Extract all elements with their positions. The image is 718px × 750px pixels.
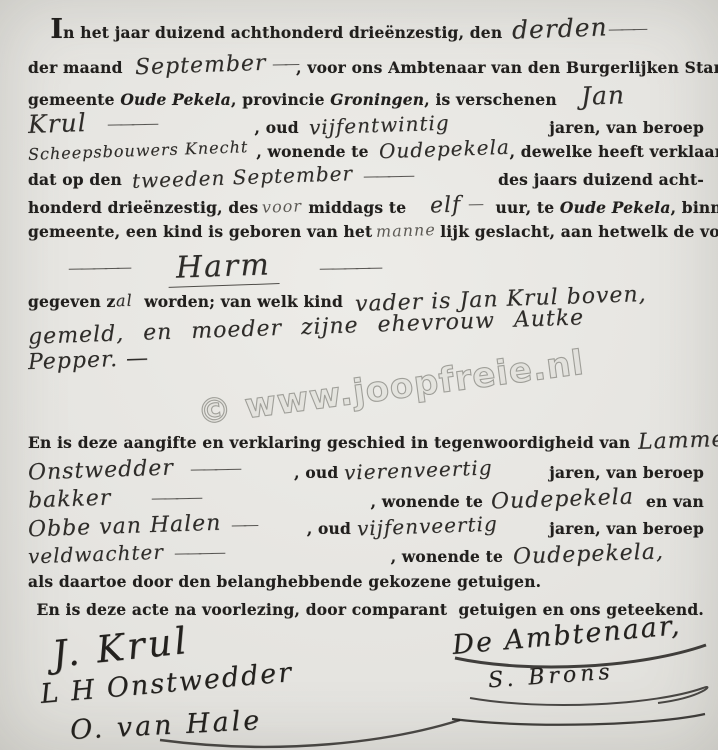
act-line-16: Obbe van Halen —— , oud vijfenveertig ja… bbox=[28, 515, 704, 543]
printed-text: jaren, van beroep bbox=[549, 463, 704, 482]
printed-text: , dewelke heeft verklaard, bbox=[510, 142, 718, 161]
printed-text: lijk geslacht, aan hetwelk de voorna bbox=[440, 222, 718, 241]
printed-text: der maand bbox=[28, 58, 123, 77]
flourish-dash: ———— bbox=[363, 166, 411, 186]
handwritten-daypart: voor bbox=[262, 196, 303, 216]
flourish-dash: — bbox=[467, 194, 479, 213]
act-line-8: gemeente, een kind is geboren van het ma… bbox=[28, 222, 704, 250]
printed-text: , is verschenen bbox=[424, 90, 557, 109]
act-line-1: In het jaar duizend achthonderd drieënze… bbox=[28, 14, 704, 54]
flourish-stroke bbox=[452, 714, 705, 725]
printed-province-italic: Groningen bbox=[325, 90, 425, 109]
printed-text: uur, te bbox=[496, 198, 555, 217]
handwritten-day: derden bbox=[512, 12, 609, 44]
printed-text: middags te bbox=[308, 198, 406, 217]
flourish-dash: ———— bbox=[174, 543, 222, 563]
handwritten-witness1-surname: Onstwedder bbox=[28, 455, 175, 485]
printed-text: gegeven z bbox=[28, 292, 116, 311]
act-line-17: veldwachter ———— , wonende te Oudepekela… bbox=[28, 543, 704, 572]
printed-text: En is deze aangifte en verklaring geschi… bbox=[28, 433, 630, 452]
act-line-3: gemeente Oude Pekela, provincie Groninge… bbox=[28, 82, 704, 110]
printed-text: des jaars duizend acht- bbox=[498, 170, 704, 189]
printed-text: jaren, van beroep bbox=[549, 118, 704, 137]
act-text: In het jaar duizend achthonderd drieënze… bbox=[0, 0, 718, 627]
printed-text: , voor ons Ambtenaar van den Burgerlijke… bbox=[296, 58, 718, 77]
printed-text: , wonende te bbox=[391, 547, 503, 566]
printed-text: gemeente bbox=[28, 90, 115, 109]
printed-text: gemeente, een kind is geboren van het bbox=[28, 222, 372, 241]
handwritten-witness1-firstname: Lammert bbox=[638, 426, 718, 455]
act-line-4: Krul ———— , oud vijfentwintig jaren, van… bbox=[28, 110, 704, 138]
handwritten-residence: Oudepekela bbox=[378, 135, 510, 164]
blank-space bbox=[28, 379, 704, 429]
act-line-15: bakker ———— , wonende te Oudepekela en v… bbox=[28, 488, 704, 515]
act-line-9: ————— Harm ————— bbox=[28, 250, 704, 288]
handwritten-witness2-occupation: veldwachter bbox=[28, 540, 165, 569]
act-line-13: En is deze aangifte en verklaring geschi… bbox=[28, 429, 704, 459]
flourish-dash: ———— bbox=[151, 488, 199, 508]
flourish-dash: ————— bbox=[68, 257, 128, 277]
handwritten-age: vijfentwintig bbox=[308, 111, 449, 140]
printed-text: en van bbox=[646, 492, 704, 511]
flourish-dash: ———— bbox=[107, 114, 155, 134]
printed-text: , binnen deze bbox=[671, 198, 718, 217]
printed-text: worden; van welk kind bbox=[144, 292, 343, 311]
flourish-dash: ———— bbox=[190, 459, 238, 479]
act-line-5: Scheepsbouwers Knecht , wonende te Oudep… bbox=[28, 138, 704, 166]
printed-text: , provincie bbox=[231, 90, 325, 109]
handwritten-witness2-name: Obbe van Halen bbox=[28, 511, 222, 543]
handwritten-hour: elf bbox=[430, 192, 462, 218]
handwritten-month: September bbox=[134, 51, 266, 81]
printed-place-italic: Oude Pekela bbox=[115, 90, 231, 109]
printed-text: jaren, van beroep bbox=[549, 519, 704, 538]
handwritten-occupation: Scheepsbouwers Knecht bbox=[28, 137, 249, 164]
act-line-18: als daartoe door den belanghebbende geko… bbox=[28, 572, 704, 600]
handwritten-witness2-residence: Oudepekela, bbox=[513, 539, 665, 569]
handwritten-birthdate: tweeden September bbox=[132, 161, 354, 193]
handwritten-witness2-age: vijfenveertig bbox=[357, 512, 499, 541]
handwritten-witness1-occupation: bakker bbox=[28, 486, 112, 514]
act-line-12: Pepper. — bbox=[28, 349, 704, 379]
printed-text: , wonende te bbox=[371, 492, 483, 511]
birth-record-scan: In het jaar duizend achthonderd drieënze… bbox=[0, 0, 718, 750]
handwritten-firstname: Jan bbox=[580, 80, 625, 111]
act-line-11: gemeld, en moeder zijne ehevrouw Autke bbox=[28, 316, 704, 349]
handwritten-child-name: Harm bbox=[167, 247, 279, 288]
printed-text: als daartoe door den belanghebbende geko… bbox=[28, 572, 541, 591]
printed-text: , oud bbox=[294, 463, 338, 482]
act-line-2: der maand September —— , voor ons Ambten… bbox=[28, 54, 704, 82]
printed-place-italic: Oude Pekela bbox=[554, 198, 670, 217]
act-line-10: gegeven z al worden; van welk kind vader… bbox=[28, 288, 704, 316]
printed-text: , oud bbox=[307, 519, 351, 538]
act-line-14: Onstwedder ———— , oud vierenveertig jare… bbox=[28, 459, 704, 488]
flourish-dash: ——— bbox=[608, 19, 644, 39]
flourish-dash: ————— bbox=[319, 257, 379, 277]
act-line-7: honderd drieënzestig, des voor middags t… bbox=[28, 194, 704, 222]
handwritten-witness1-age: vierenveertig bbox=[344, 455, 493, 484]
printed-text: In het jaar duizend achthonderd drieënze… bbox=[50, 14, 502, 45]
handwritten-surname: Krul bbox=[27, 108, 87, 139]
printed-text: , oud bbox=[255, 118, 299, 137]
handwritten-mother-surname: Pepper. — bbox=[28, 346, 150, 375]
handwritten-gender: manne bbox=[376, 220, 436, 241]
flourish-dash: —— bbox=[272, 54, 296, 73]
handwritten-witness1-residence: Oudepekela bbox=[491, 485, 635, 515]
flourish-dash: —— bbox=[231, 515, 255, 534]
printed-text: honderd drieënzestig, des bbox=[28, 198, 258, 217]
act-line-6: dat op den tweeden September ———— des ja… bbox=[28, 166, 704, 194]
handwritten-word-end: al bbox=[115, 291, 132, 311]
printed-text: , wonende te bbox=[256, 142, 368, 161]
signature-area: J. Krul L H Onstwedder O. van Hale De Am… bbox=[0, 618, 718, 750]
printed-text: dat op den bbox=[28, 170, 122, 189]
